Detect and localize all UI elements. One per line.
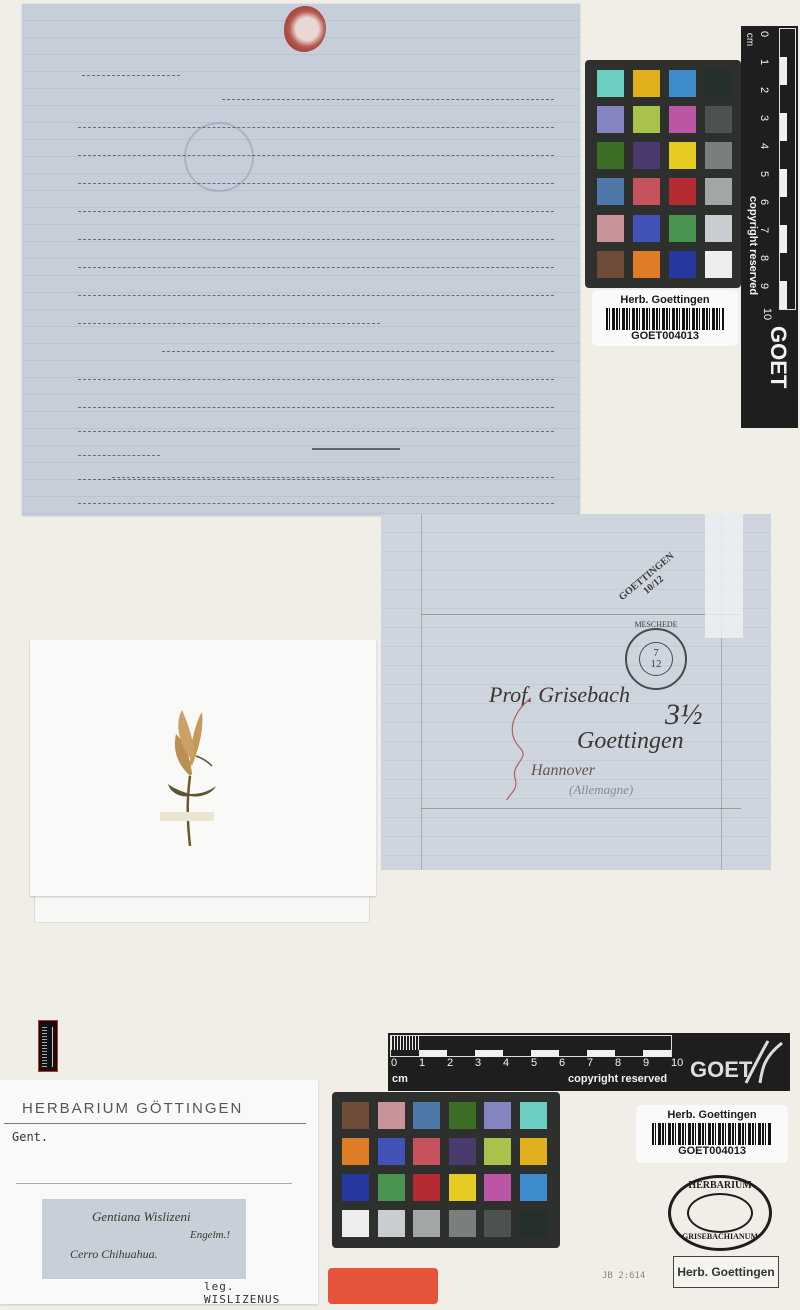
postage-due: 3½ xyxy=(665,698,703,732)
ruler-tick-label: 6 xyxy=(559,1057,565,1069)
color-swatch xyxy=(633,215,660,242)
small-specimen-tag xyxy=(38,1020,58,1072)
goet-logo-mark-icon xyxy=(740,1037,786,1087)
goettingen-postmark: GOETTINGEN 10/12 xyxy=(621,552,679,610)
letter-line xyxy=(78,294,554,296)
ruler-tick-label: 4 xyxy=(503,1057,509,1069)
barcode-label-top: Herb. Goettingen GOET004013 xyxy=(592,290,738,346)
unit-label: cm xyxy=(744,33,755,46)
herbarium-label: HERBARIUM GÖTTINGEN Gent. Gentiana Wisli… xyxy=(0,1080,318,1304)
color-swatch xyxy=(413,1138,440,1165)
ruler-tick-label: 2 xyxy=(758,87,770,93)
letter-line xyxy=(82,74,180,76)
scale-ruler-horizontal: 012345678910 cm copyright reserved GOET xyxy=(388,1033,790,1091)
unit-label: cm xyxy=(392,1073,408,1085)
color-swatch xyxy=(597,106,624,133)
color-swatch xyxy=(413,1210,440,1237)
fold-line xyxy=(421,514,422,870)
ruler-bar xyxy=(390,1035,672,1057)
color-swatch xyxy=(342,1174,369,1201)
ruler-tick-label: 3 xyxy=(475,1057,481,1069)
color-swatch xyxy=(669,251,696,278)
letter-line xyxy=(78,430,554,432)
color-swatch xyxy=(669,178,696,205)
color-swatch xyxy=(520,1102,547,1129)
color-swatch xyxy=(633,251,660,278)
ruler-tick-label: 9 xyxy=(643,1057,649,1069)
color-swatch xyxy=(484,1210,511,1237)
tape-strip xyxy=(705,514,743,638)
collector-note: leg. WISLIZENUS xyxy=(204,1280,318,1306)
scale-ruler-vertical: 012345678910 copyright reserved cm GOET xyxy=(741,26,798,428)
genus-note: Gent. xyxy=(12,1130,48,1144)
fold-line xyxy=(421,808,741,809)
handwritten-letter xyxy=(22,4,580,516)
ruler-tick-label: 7 xyxy=(587,1057,593,1069)
postscript-line xyxy=(78,502,554,504)
color-swatch xyxy=(669,215,696,242)
barcode-icon xyxy=(652,1123,772,1145)
meschede-postmark: 7 12 xyxy=(625,628,687,690)
signature xyxy=(312,448,400,450)
color-swatch xyxy=(669,142,696,169)
color-swatch xyxy=(669,106,696,133)
fold-line xyxy=(421,614,741,615)
color-swatch xyxy=(378,1102,405,1129)
color-swatch xyxy=(413,1102,440,1129)
color-swatch xyxy=(378,1138,405,1165)
copyright-text: copyright reserved xyxy=(568,1073,667,1085)
color-swatch xyxy=(484,1174,511,1201)
letter-line xyxy=(78,378,554,380)
ruler-tick-label: 8 xyxy=(615,1057,621,1069)
color-swatch xyxy=(705,178,732,205)
red-tab xyxy=(328,1268,438,1304)
meschede-postmark-text: MESCHEDE xyxy=(625,620,687,629)
ruler-tick-label: 10 xyxy=(671,1057,683,1069)
stamp-bottom-text: GRISEBACHIANUM xyxy=(676,1232,764,1241)
ruler-bar xyxy=(779,28,796,310)
color-swatch xyxy=(633,142,660,169)
original-label-slip: Gentiana Wislizeni Engelm.! Cerro Chihua… xyxy=(42,1199,246,1279)
mounting-tape xyxy=(160,812,214,821)
pressed-plant-specimen xyxy=(150,706,230,856)
color-swatch xyxy=(633,178,660,205)
letter-line xyxy=(78,238,554,240)
ruler-tick-label: 1 xyxy=(419,1057,425,1069)
ruler-tick-label: 1 xyxy=(758,59,770,65)
color-swatch xyxy=(705,70,732,97)
color-swatch xyxy=(633,70,660,97)
color-swatch xyxy=(520,1138,547,1165)
color-swatch xyxy=(520,1210,547,1237)
letter-line xyxy=(162,350,554,352)
color-swatch xyxy=(520,1174,547,1201)
ruler-tick-label: 0 xyxy=(758,31,770,37)
color-swatch xyxy=(597,251,624,278)
ruler-tick-label: 8 xyxy=(758,255,770,261)
postscript-line xyxy=(112,476,554,478)
color-swatch xyxy=(669,70,696,97)
herb-goettingen-boxed-label: Herb. Goettingen xyxy=(673,1256,779,1288)
herbarium-title: HERBARIUM GÖTTINGEN xyxy=(22,1100,243,1117)
letter-line xyxy=(78,182,554,184)
color-swatch xyxy=(597,142,624,169)
color-swatch xyxy=(597,70,624,97)
letter-line xyxy=(78,266,554,268)
ruler-tick-label: 7 xyxy=(758,227,770,233)
color-swatch xyxy=(342,1138,369,1165)
color-swatch xyxy=(449,1210,476,1237)
color-checker-horizontal xyxy=(332,1092,560,1248)
color-swatch xyxy=(378,1174,405,1201)
ruler-tick-label: 5 xyxy=(531,1057,537,1069)
letter-line xyxy=(78,322,380,324)
ruler-tick-labels: 012345678910 xyxy=(388,1057,678,1073)
letter-line xyxy=(78,154,554,156)
ruler-tick-labels: 012345678910 xyxy=(759,26,779,316)
color-checker-vertical xyxy=(585,60,741,288)
folder-back-flaps xyxy=(34,893,370,923)
color-swatch xyxy=(597,178,624,205)
color-swatch xyxy=(705,142,732,169)
accession-note: JB 2:614 xyxy=(602,1271,645,1281)
color-swatch xyxy=(449,1174,476,1201)
divider xyxy=(4,1123,306,1124)
address-city: Goettingen xyxy=(577,728,684,755)
ruler-tick-label: 6 xyxy=(758,199,770,205)
color-swatch xyxy=(484,1102,511,1129)
color-swatch xyxy=(705,251,732,278)
color-swatch xyxy=(449,1102,476,1129)
address-country: (Allemagne) xyxy=(569,782,633,798)
color-swatch xyxy=(342,1102,369,1129)
divider xyxy=(16,1183,292,1184)
stamp-top-text: HERBARIUM xyxy=(680,1180,760,1191)
ruler-tick-label: 5 xyxy=(758,171,770,177)
color-swatch xyxy=(705,106,732,133)
color-swatch xyxy=(705,215,732,242)
color-swatch xyxy=(633,106,660,133)
barcode-label-bottom: Herb. Goettingen GOET004013 xyxy=(636,1105,788,1163)
barcode-icon xyxy=(606,308,724,330)
color-swatch xyxy=(597,215,624,242)
color-swatch xyxy=(413,1174,440,1201)
letter-line xyxy=(78,406,554,408)
color-swatch xyxy=(378,1210,405,1237)
ruler-tick-label: 9 xyxy=(758,283,770,289)
letter-line xyxy=(78,126,554,128)
color-swatch xyxy=(342,1210,369,1237)
ruler-tick-label: 4 xyxy=(758,143,770,149)
ruler-tick-label: 3 xyxy=(758,115,770,121)
color-swatch xyxy=(484,1138,511,1165)
ruler-tick-label: 2 xyxy=(447,1057,453,1069)
red-ink-mark xyxy=(501,694,541,804)
ruler-tick-label: 0 xyxy=(391,1057,397,1069)
goet-logo: GOET xyxy=(765,326,791,388)
color-swatch xyxy=(449,1138,476,1165)
letter-line xyxy=(78,454,160,456)
letter-line xyxy=(222,98,554,100)
letter-line xyxy=(78,210,554,212)
copyright-text: copyright reserved xyxy=(747,196,759,295)
letter-line xyxy=(78,478,380,480)
ruler-tick-label: 10 xyxy=(761,308,773,320)
